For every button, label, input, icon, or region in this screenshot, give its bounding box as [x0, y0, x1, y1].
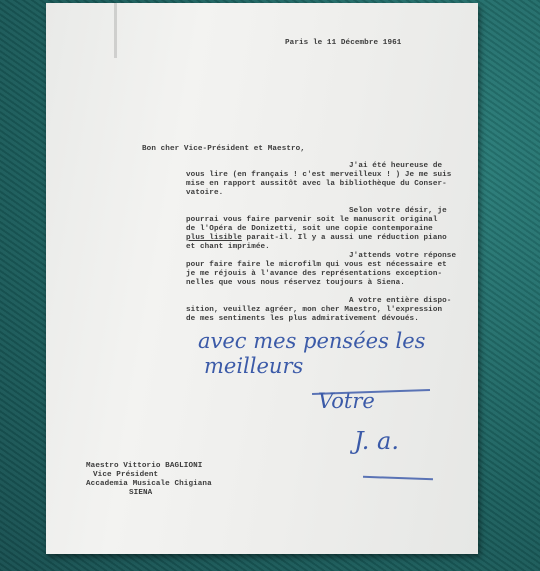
- paragraph-2-line-5: et chant imprimée.: [186, 243, 270, 252]
- handwritten-line-1: avec mes pensées les: [198, 329, 425, 353]
- paragraph-2-line-1: Selon votre désir, je: [349, 207, 447, 216]
- paragraph-2-line-4: plus lisible parait-il. Il y a aussi une…: [186, 234, 447, 243]
- recipient-title: Vice Président: [93, 471, 158, 480]
- paragraph-2-line-4-rest: parait-il. Il y a aussi une réduction pi…: [242, 234, 447, 242]
- recipient-city: SIENA: [129, 489, 152, 498]
- paragraph-4-line-3: de mes sentiments les plus admirativemen…: [186, 315, 419, 324]
- paragraph-1-line-2: vous lire (en français ! c'est merveille…: [186, 171, 451, 180]
- paragraph-1-line-1: J'ai été heureuse de: [349, 162, 442, 171]
- paragraph-4-line-1: A votre entière dispo-: [349, 297, 451, 306]
- paragraph-3-line-2: pour faire faire le microfilm qui vous e…: [186, 261, 447, 270]
- paragraph-1-line-3: mise en rapport aussitôt avec la bibliot…: [186, 180, 447, 189]
- recipient-institution: Accademia Musicale Chigiana: [86, 480, 212, 489]
- paragraph-3-line-1: J'attends votre réponse: [349, 252, 456, 261]
- paragraph-1-line-4: vatoire.: [186, 189, 223, 198]
- signature-underline: [363, 476, 433, 480]
- salutation: Bon cher Vice-Président et Maestro,: [142, 145, 305, 154]
- letter-paper: Paris le 11 Décembre 1961 Bon cher Vice-…: [46, 3, 478, 554]
- handwritten-line-2: meilleurs: [204, 354, 303, 378]
- underlined-phrase: plus lisible: [186, 234, 242, 242]
- handwritten-initials: J. a.: [354, 427, 399, 455]
- paragraph-4-line-2: sition, veuillez agréer, mon cher Maestr…: [186, 306, 442, 315]
- dateline: Paris le 11 Décembre 1961: [285, 39, 401, 48]
- paragraph-2-line-2: pourrai vous faire parvenir soit le manu…: [186, 216, 437, 225]
- paper-fold-crease: [114, 3, 117, 58]
- paragraph-2-line-3: de l'Opéra de Donizetti, soit une copie …: [186, 225, 433, 234]
- paragraph-3-line-4: nelles que vous nous réservez toujours à…: [186, 279, 405, 288]
- paragraph-3-line-3: je me réjouis à l'avance des représentat…: [186, 270, 442, 279]
- recipient-name: Maestro Vittorio BAGLIONI: [86, 462, 202, 471]
- handwritten-closing: Votre: [318, 389, 375, 413]
